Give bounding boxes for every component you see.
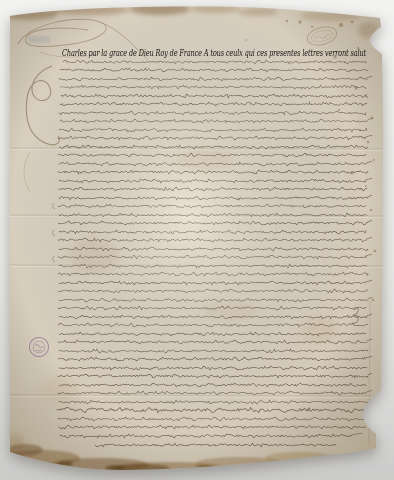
manuscript-photo: Charles par la grace de Dieu Roy de Fran… [0,0,394,480]
edge-vignette [0,0,394,480]
